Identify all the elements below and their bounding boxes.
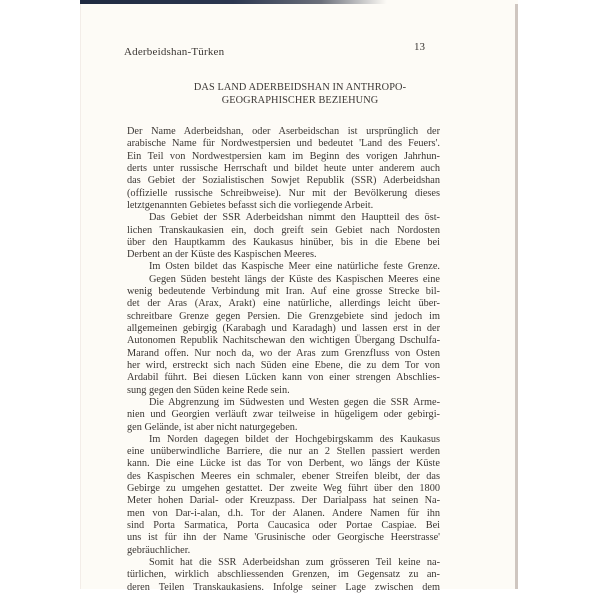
text-line: (offizielle russische Schreibweise). Nur…: [127, 188, 440, 200]
text-line: gen Gelände, ist aber nicht naturgegeben…: [127, 422, 440, 434]
text-line: Im Osten bildet das Kaspische Meer eine …: [127, 261, 440, 273]
running-head: Aderbeidshan-Türken: [124, 46, 224, 58]
body-text: Der Name Aderbeidshan, oder Aserbeidscha…: [127, 126, 440, 594]
text-line: Derbent an der Küste des Kaspischen Meer…: [127, 249, 440, 261]
text-line: her wird, erstreckt sich nach Süden eine…: [127, 360, 440, 372]
text-line: Im Norden dagegen bildet der Hochgebirgs…: [127, 434, 440, 446]
text-line: letztgenannten Gebietes befasst sich die…: [127, 200, 440, 212]
chapter-title-line: DAS LAND ADERBEIDSHAN IN ANTHROPO-: [127, 82, 473, 95]
text-line: Der Name Aderbeidshan, oder Aserbeidscha…: [127, 126, 440, 138]
text-line: Gegen Süden besteht längs der Küste des …: [127, 274, 440, 286]
text-line: men von Dar-i-alan, d.h. Tor der Alanen.…: [127, 508, 440, 520]
text-line: det der Aras (Arax, Arakt) eine natürlic…: [127, 298, 440, 310]
text-line: schreitbare Grenze gegen Persien. Die Gr…: [127, 311, 440, 323]
text-line: sung gegen den Süden keine Rede sein.: [127, 385, 440, 397]
text-line: kann. Die eine Lücke ist das Tor von Der…: [127, 458, 440, 470]
text-line: allgemeinen gebirgig (Karabagh und Karad…: [127, 323, 440, 335]
text-line: gebräuchlicher.: [127, 545, 440, 557]
page-number: 13: [414, 41, 425, 53]
text-line: arabische Name für Nordwestpersien und b…: [127, 138, 440, 150]
text-line: türlichen, wirklich abschliessenden Gren…: [127, 569, 440, 581]
text-line: Ein Teil von Nordwestpersien kam im Begi…: [127, 151, 440, 163]
text-line: wenig bedeutende Verbindung mit Iran. Au…: [127, 286, 440, 298]
text-line: Autonomen Republik Nachitschewan den wic…: [127, 335, 440, 347]
chapter-title: DAS LAND ADERBEIDSHAN IN ANTHROPO- GEOGR…: [127, 82, 473, 107]
text-line: Das Gebiet der SSR Aderbeidshan nimmt de…: [127, 212, 440, 224]
text-line: uns ist für ihn der Name 'Grusinische od…: [127, 532, 440, 544]
scan-edge-strip: [80, 0, 518, 4]
text-line: deren Teilen Transkaukasiens. Infolge se…: [127, 582, 440, 594]
text-line: Somit hat die SSR Aderbeidshan zum gröss…: [127, 557, 440, 569]
book-page: Aderbeidshan-Türken 13 DAS LAND ADERBEID…: [80, 0, 518, 589]
text-line: das Gebiet der Sozialistischen Sowjet Re…: [127, 175, 440, 187]
chapter-title-line: GEOGRAPHISCHER BEZIEHUNG: [127, 95, 473, 108]
text-line: Ardabil führt. Bei diesen Lücken kann vo…: [127, 372, 440, 384]
text-line: Meter hohen Darial- oder Kreuzpass. Der …: [127, 495, 440, 507]
text-line: über den Hauptkamm des Kaukasus hinüber,…: [127, 237, 440, 249]
text-line: derts unter russische Herrschaft und bil…: [127, 163, 440, 175]
text-line: des Kaspischen Meeres ein schmaler, eben…: [127, 471, 440, 483]
text-line: Die Abgrenzung im Südwesten und Westen g…: [127, 397, 440, 409]
text-line: sind Porta Sarmatica, Porta Caucasica od…: [127, 520, 440, 532]
text-line: nien und Georgien verläuft zwar teilweis…: [127, 409, 440, 421]
text-line: Marand offen. Nur noch da, wo der Aras z…: [127, 348, 440, 360]
text-line: eine unüberwindliche Barriere, die nur a…: [127, 446, 440, 458]
text-line: lichen Transkaukasien ein, doch greift s…: [127, 225, 440, 237]
text-line: Gebirge zu umgehen gestattet. Der zweite…: [127, 483, 440, 495]
